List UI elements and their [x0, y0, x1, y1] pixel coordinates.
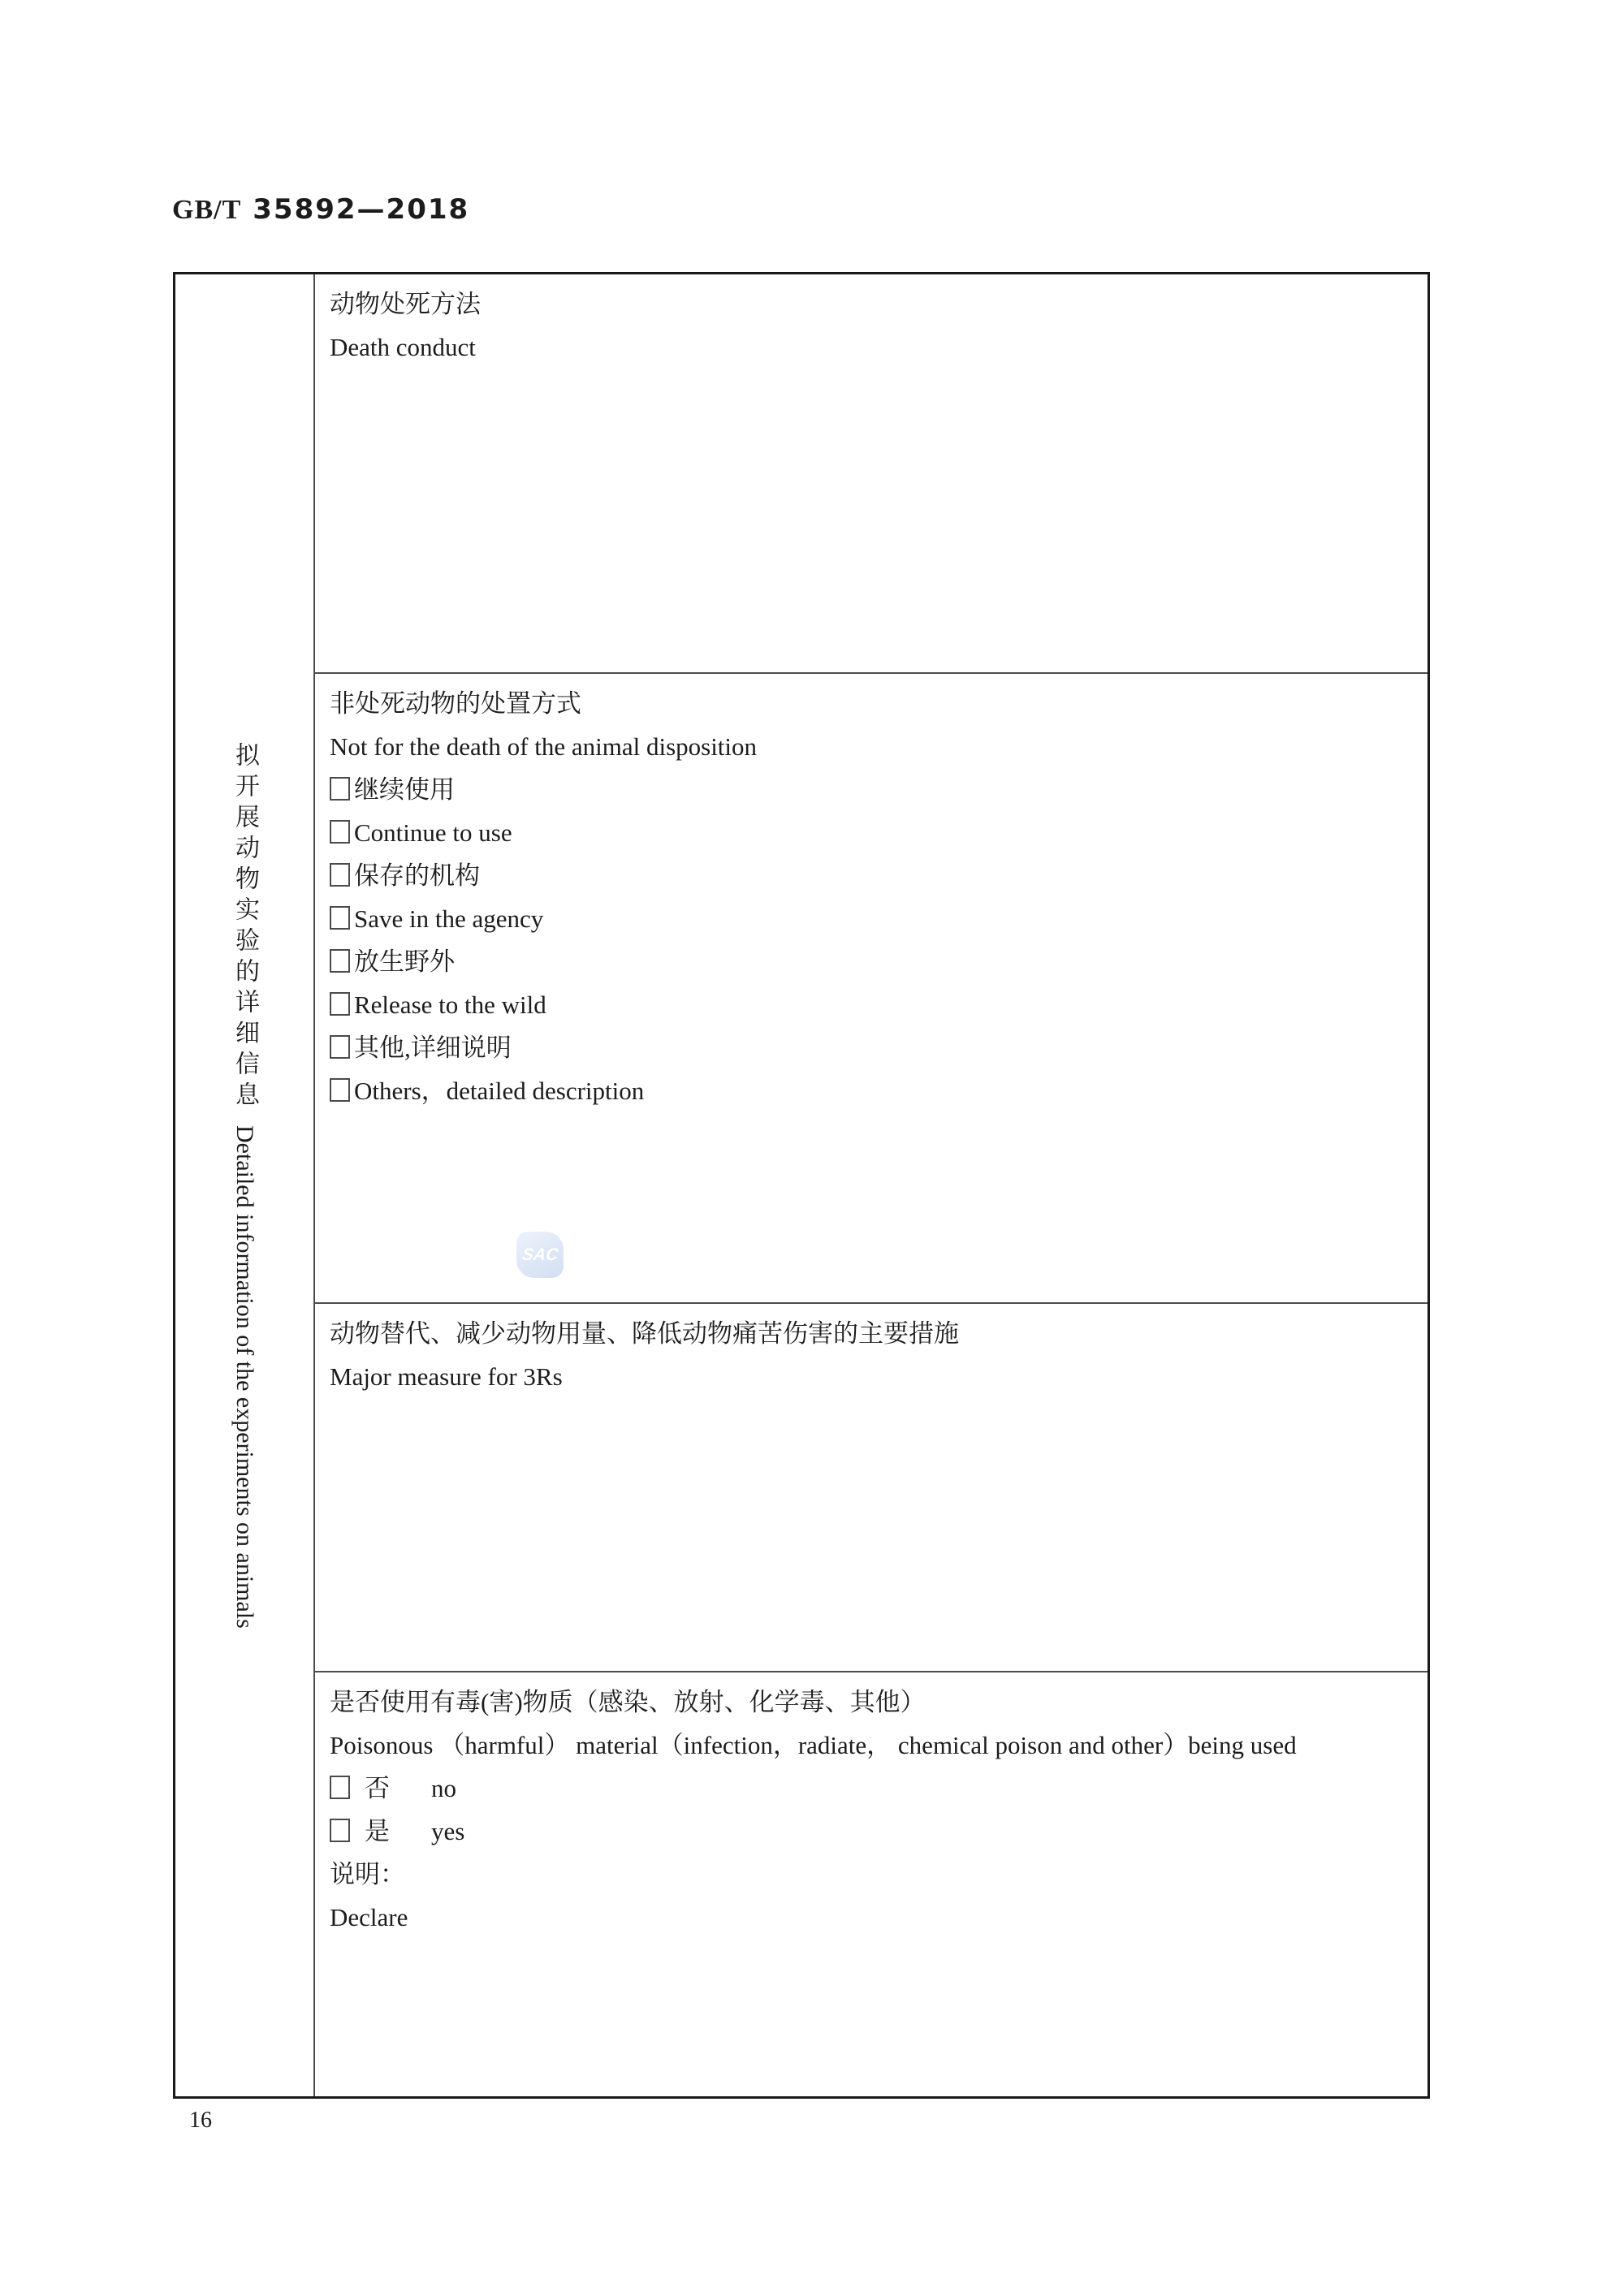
option-label: 其他,详细说明 — [354, 1034, 512, 1062]
option-yes-en: yes — [431, 1817, 464, 1845]
option-release-wild-cn: 放生野外 — [330, 940, 1410, 983]
option-label: Release to the wild — [354, 990, 546, 1019]
row-death-conduct: 动物处死方法 Death conduct — [315, 274, 1427, 672]
option-label: Save in the agency — [354, 904, 543, 933]
checkbox-save-agency-cn[interactable] — [330, 863, 350, 887]
vertical-section-label-en: Detailed information of the experiments … — [231, 1125, 258, 1629]
row-3rs-measures: 动物替代、减少动物用量、降低动物痛苦伤害的主要措施 Major measure … — [315, 1302, 1427, 1671]
option-label: 放生野外 — [354, 947, 455, 976]
table-side-label-cell: 拟开展动物实验的详细信息Detailed information of the … — [175, 274, 315, 2096]
option-release-wild-en: Release to the wild — [330, 983, 1410, 1026]
standard-code: 35892—2018 — [253, 193, 469, 226]
animal-experiment-detail-table: 拟开展动物实验的详细信息Detailed information of the … — [173, 272, 1430, 2099]
option-label: 保存的机构 — [354, 861, 480, 890]
option-others-cn: 其他,详细说明 — [330, 1026, 1410, 1069]
row-title-en: Not for the death of the animal disposit… — [330, 725, 1410, 768]
option-yes-cn: 是 — [365, 1810, 392, 1853]
row-title-cn: 动物替代、减少动物用量、降低动物痛苦伤害的主要措施 — [330, 1312, 1410, 1355]
row-title-cn: 非处死动物的处置方式 — [330, 682, 1410, 725]
checkbox-others-cn[interactable] — [330, 1035, 350, 1059]
checkbox-save-agency-en[interactable] — [330, 906, 350, 930]
vertical-section-label-cn: 拟开展动物实验的详细信息 — [231, 742, 258, 1112]
row-title-en: Major measure for 3Rs — [330, 1355, 1410, 1398]
checkbox-yes[interactable] — [330, 1819, 350, 1842]
option-continue-use-en: Continue to use — [330, 811, 1410, 854]
standard-number-header: GB/T35892—2018 — [172, 193, 469, 227]
row-poisonous-material: 是否使用有毒(害)物质（感染、放射、化学毒、其他） Poisonous （har… — [315, 1671, 1427, 2096]
option-label: Continue to use — [354, 818, 512, 847]
declare-label-cn: 说明： — [330, 1853, 1410, 1896]
option-yes: 是yes — [330, 1810, 1410, 1853]
page-number: 16 — [189, 2108, 212, 2134]
option-no: 否no — [330, 1767, 1410, 1810]
row-title-en: Death conduct — [330, 326, 1410, 369]
option-save-agency-en: Save in the agency — [330, 897, 1410, 940]
vertical-section-label: 拟开展动物实验的详细信息Detailed information of the … — [232, 742, 257, 1629]
option-save-agency-cn: 保存的机构 — [330, 854, 1410, 897]
checkbox-continue-use-en[interactable] — [330, 820, 350, 844]
document-page: { "page": { "header": { "prefix": "GB/T"… — [0, 0, 1624, 2296]
standard-prefix: GB/T — [172, 195, 241, 225]
row-title-cn: 是否使用有毒(害)物质（感染、放射、化学毒、其他） — [330, 1681, 1410, 1724]
option-no-en: no — [431, 1774, 456, 1802]
checkbox-others-en[interactable] — [330, 1078, 350, 1102]
declare-label-en: Declare — [330, 1896, 1410, 1939]
option-continue-use-cn: 继续使用 — [330, 768, 1410, 811]
row-title-en: Poisonous （harmful） material（infection，r… — [330, 1724, 1410, 1767]
row-title-cn: 动物处死方法 — [330, 283, 1410, 326]
option-label: 继续使用 — [354, 775, 455, 804]
checkbox-release-wild-en[interactable] — [330, 992, 350, 1016]
row-disposition: 非处死动物的处置方式 Not for the death of the anim… — [315, 672, 1427, 1302]
checkbox-continue-use-cn[interactable] — [330, 777, 350, 801]
option-others-en: Others，detailed description — [330, 1069, 1410, 1112]
option-no-cn: 否 — [365, 1767, 392, 1810]
checkbox-release-wild-cn[interactable] — [330, 949, 350, 973]
option-label: Others，detailed description — [354, 1077, 644, 1105]
checkbox-no[interactable] — [330, 1776, 350, 1799]
